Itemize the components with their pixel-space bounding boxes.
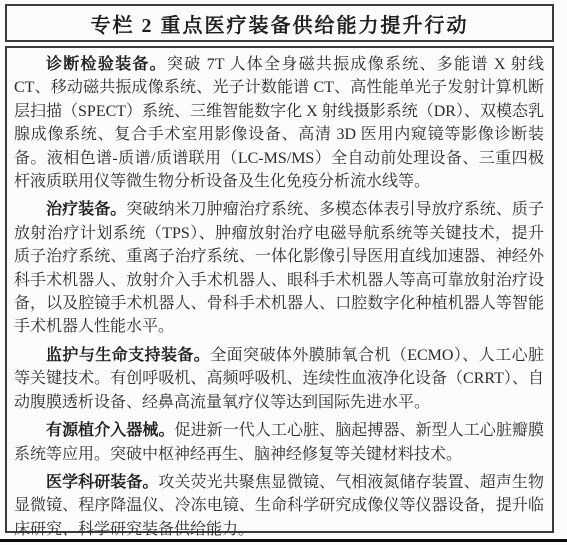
callout-body-box: 诊断检验装备。突破 7T 人体全身磁共振成像系统、多能谱 X 射线 CT、移动磁… xyxy=(5,46,554,533)
paragraph-active-implant-devices: 有源植介入器械。促进新一代人工心脏、脑起搏器、新型人工心脏瓣膜系统等应用。突破中… xyxy=(14,419,544,466)
page-bottom-divider xyxy=(0,539,567,542)
paragraph-lead: 诊断检验装备。 xyxy=(46,56,167,73)
paragraph-lead: 监护与生命支持装备。 xyxy=(46,347,210,364)
callout-title-box: 专栏 2 重点医疗装备供给能力提升行动 xyxy=(5,4,554,42)
paragraph-lead: 治疗装备。 xyxy=(46,201,126,218)
paragraph-medical-research-equipment: 医学科研装备。攻关荧光共聚焦显微镜、气相液氮储存装置、超声生物显微镜、程序降温仪… xyxy=(14,471,544,541)
paragraph-lead: 医学科研装备。 xyxy=(46,474,158,491)
paragraph-text: 突破 7T 人体全身磁共振成像系统、多能谱 X 射线 CT、移动磁共振成像系统、… xyxy=(14,56,544,190)
paragraph-text: 突破纳米刀肿瘤治疗系统、多模态体表引导放疗系统、质子放射治疗计划系统（TPS）、… xyxy=(14,201,544,335)
callout-title: 专栏 2 重点医疗装备供给能力提升行动 xyxy=(91,9,469,38)
policy-document-page: 专栏 2 重点医疗装备供给能力提升行动 诊断检验装备。突破 7T 人体全身磁共振… xyxy=(0,0,567,545)
paragraph-diagnostic-testing-equipment: 诊断检验装备。突破 7T 人体全身磁共振成像系统、多能谱 X 射线 CT、移动磁… xyxy=(14,53,544,193)
paragraph-monitoring-life-support-equipment: 监护与生命支持装备。全面突破体外膜肺氧合机（ECMO）、人工心脏等关键技术。有创… xyxy=(14,344,544,414)
paragraph-lead: 有源植介入器械。 xyxy=(46,422,175,439)
paragraph-treatment-equipment: 治疗装备。突破纳米刀肿瘤治疗系统、多模态体表引导放疗系统、质子放射治疗计划系统（… xyxy=(14,198,544,338)
